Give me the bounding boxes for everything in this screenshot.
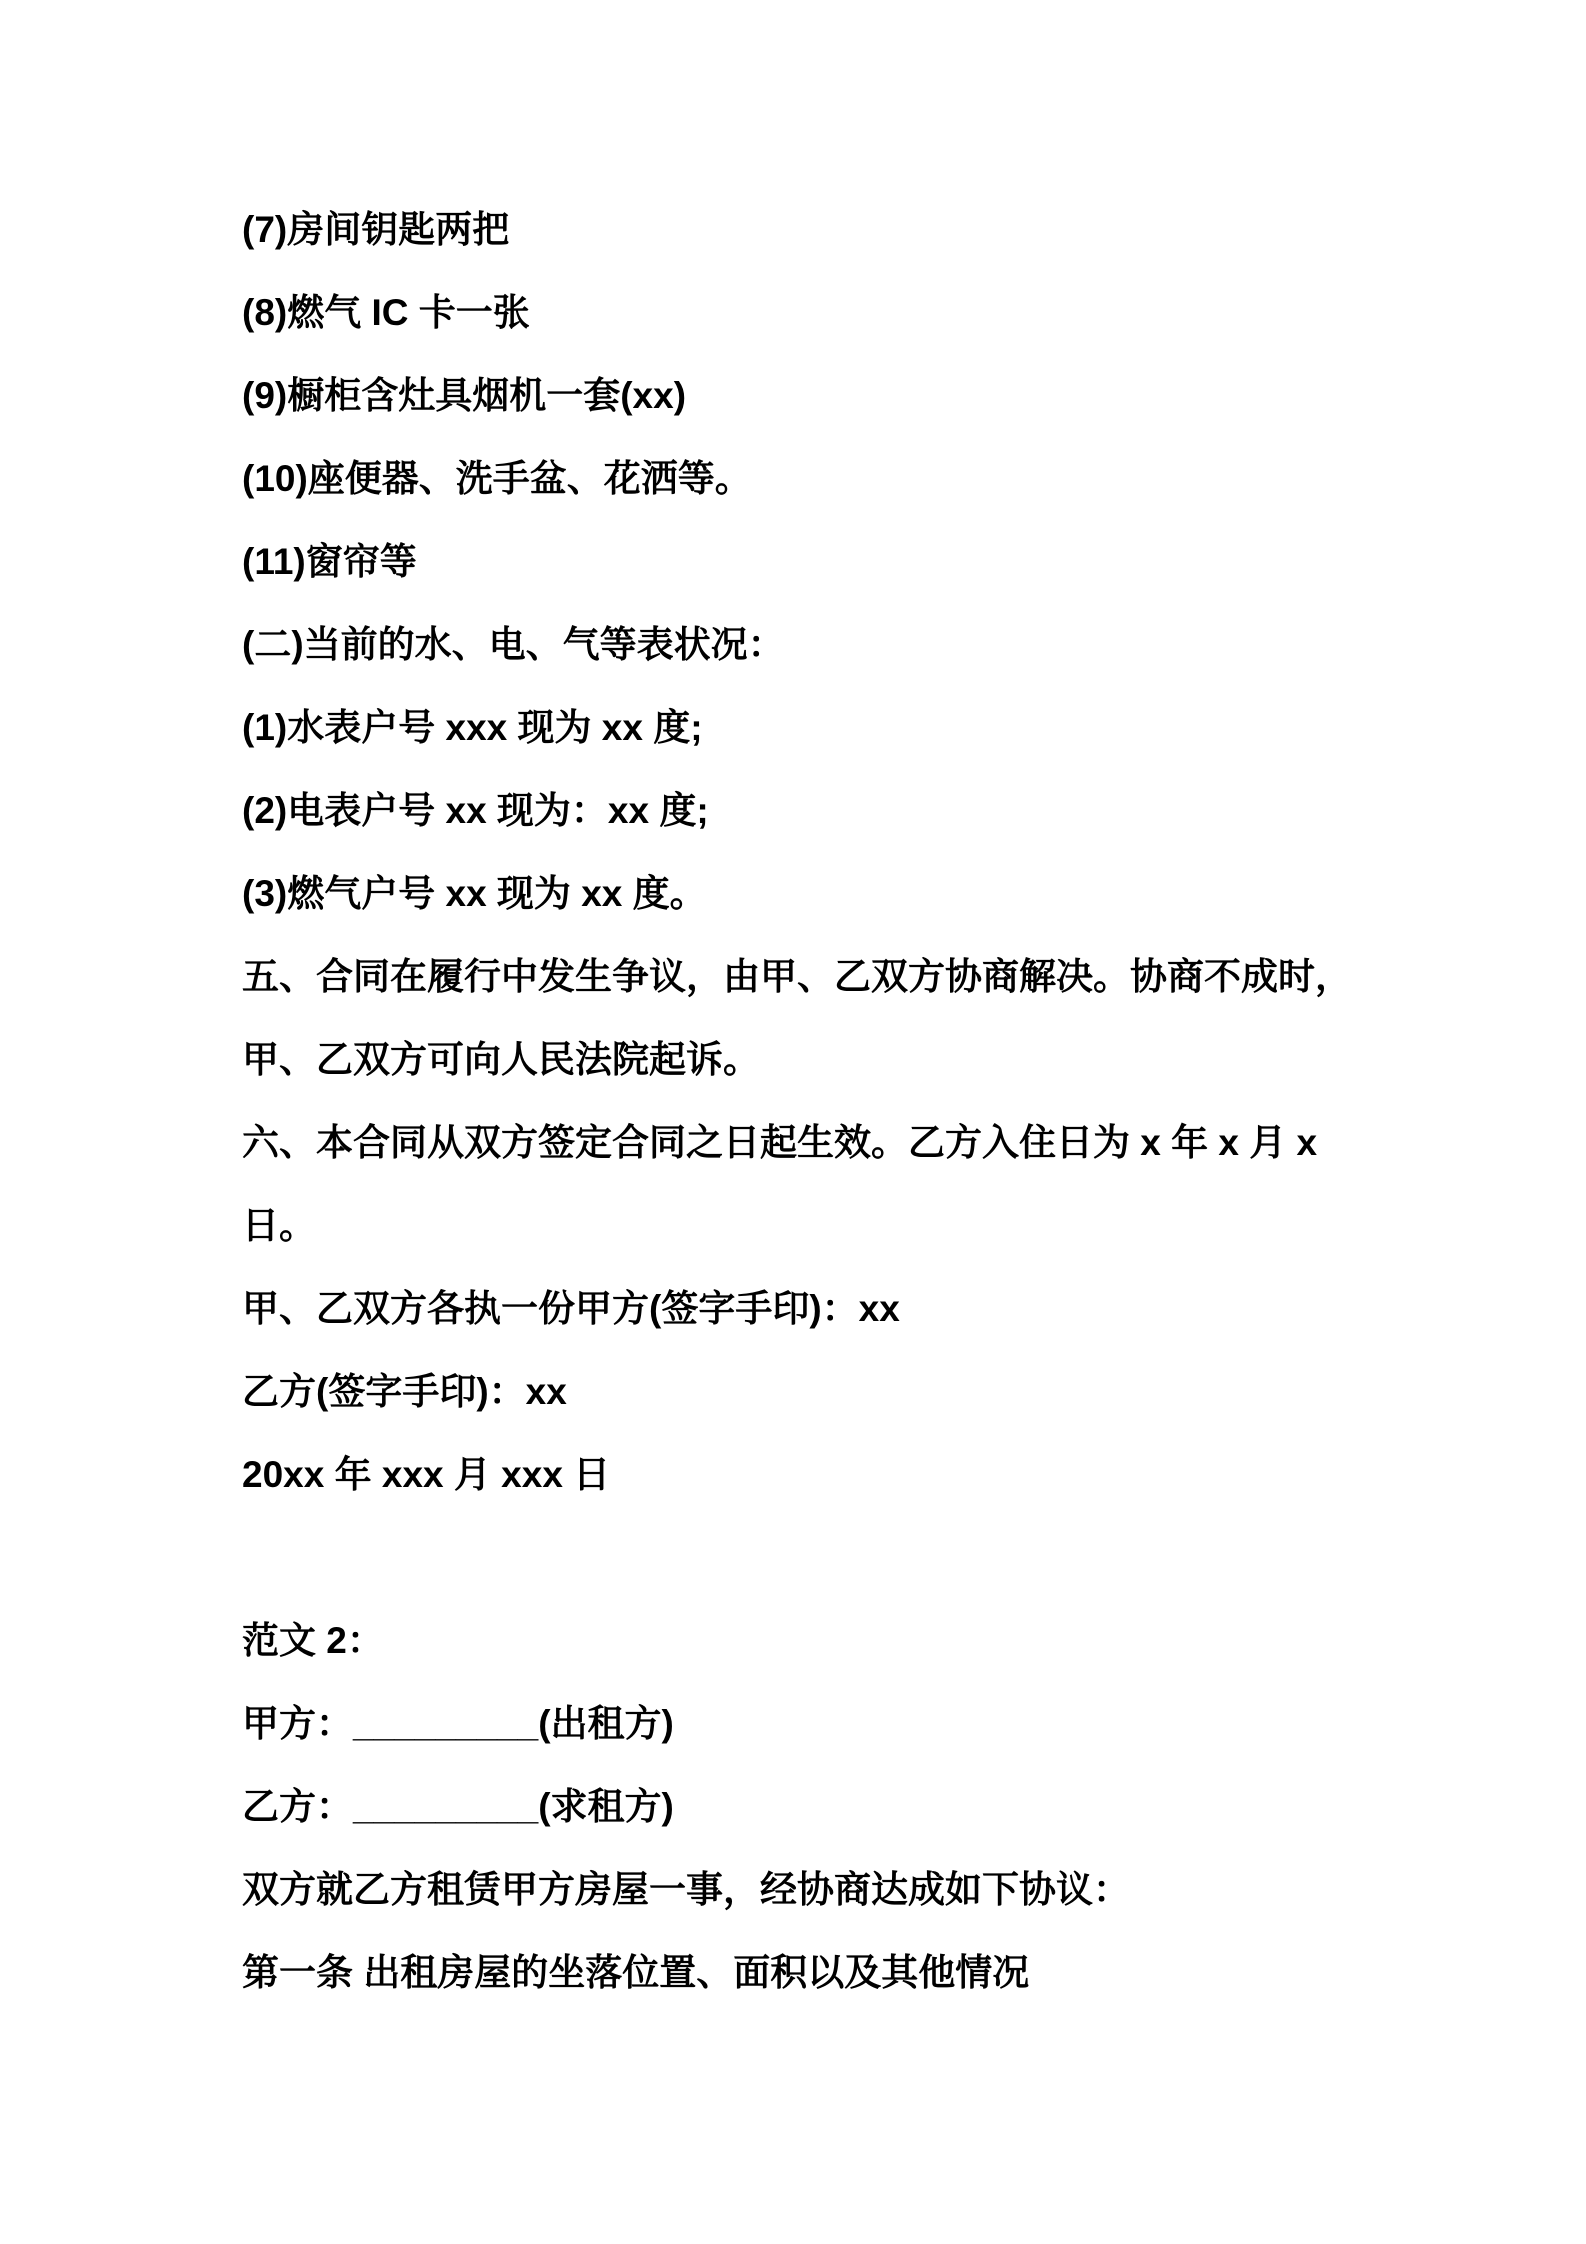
document-page: (7)房间钥匙两把 (8)燃气 IC 卡一张 (9)橱柜含灶具烟机一套(xx) … [0, 0, 1586, 2244]
document-line: (1)水表户号 xxx 现为 xx 度; [242, 686, 1466, 769]
document-text-block: (7)房间钥匙两把 (8)燃气 IC 卡一张 (9)橱柜含灶具烟机一套(xx) … [242, 188, 1466, 2014]
document-line: 乙方(签字手印)：xx [242, 1350, 1466, 1433]
document-line: (10)座便器、洗手盆、花洒等。 [242, 437, 1466, 520]
document-line: (7)房间钥匙两把 [242, 188, 1466, 271]
document-line: 日。 [242, 1184, 1466, 1267]
document-line: (2)电表户号 xx 现为：xx 度; [242, 769, 1466, 852]
document-line: 第一条 出租房屋的坐落位置、面积以及其他情况 [242, 1931, 1466, 2014]
document-line: 甲、乙双方可向人民法院起诉。 [242, 1018, 1466, 1101]
document-line: 乙方：_________(求租方) [242, 1765, 1466, 1848]
document-line: (8)燃气 IC 卡一张 [242, 271, 1466, 354]
document-line: (3)燃气户号 xx 现为 xx 度。 [242, 852, 1466, 935]
document-line: 甲、乙双方各执一份甲方(签字手印)：xx [242, 1267, 1466, 1350]
document-line: 双方就乙方租赁甲方房屋一事，经协商达成如下协议： [242, 1848, 1466, 1931]
section-heading: 范文 2： [242, 1599, 1466, 1682]
document-line: 甲方：_________(出租方) [242, 1682, 1466, 1765]
document-line: 五、合同在履行中发生争议，由甲、乙双方协商解决。协商不成时， [242, 935, 1466, 1018]
document-line: (二)当前的水、电、气等表状况： [242, 603, 1466, 686]
document-line: (11)窗帘等 [242, 520, 1466, 603]
document-line: 六、本合同从双方签定合同之日起生效。乙方入住日为 x 年 x 月 x [242, 1101, 1466, 1184]
blank-line [242, 1516, 1466, 1599]
document-line: 20xx 年 xxx 月 xxx 日 [242, 1433, 1466, 1516]
document-line: (9)橱柜含灶具烟机一套(xx) [242, 354, 1466, 437]
